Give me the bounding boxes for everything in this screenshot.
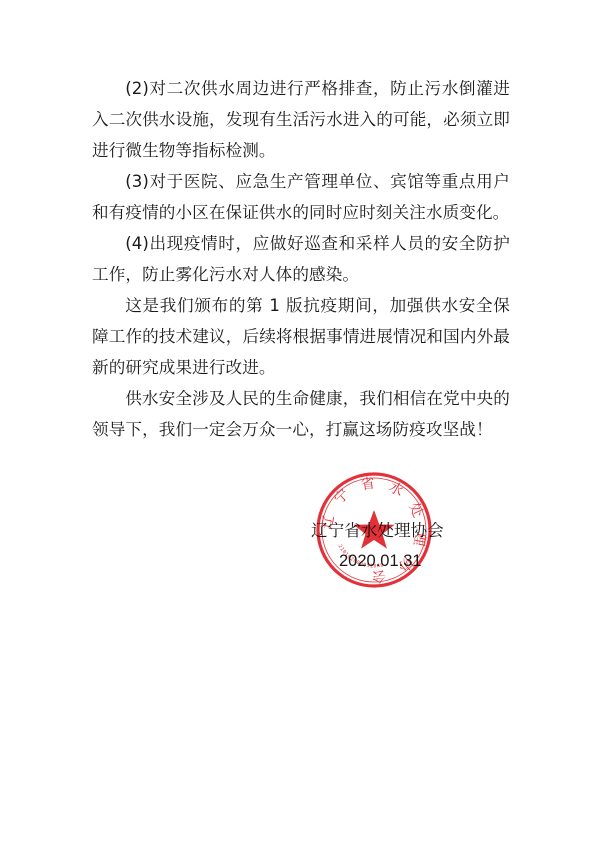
paragraph-item-2: (2)对二次供水周边进行严格排查，防止污水倒灌进入二次供水设施，发现有生活污水进… bbox=[92, 73, 510, 166]
document-page: (2)对二次供水周边进行严格排查，防止污水倒灌进入二次供水设施，发现有生活污水进… bbox=[0, 0, 600, 848]
paragraph-closing: 供水安全涉及人民的生命健康，我们相信在党中央的领导下，我们一定会万众一心，打赢这… bbox=[92, 383, 510, 445]
paragraph-item-4: (4)出现疫情时，应做好巡查和采样人员的安全防护工作，防止雾化污水对人体的感染。 bbox=[92, 228, 510, 290]
paragraph-version-note: 这是我们颁布的第 1 版抗疫期间，加强供水安全保障工作的技术建议，后续将根据事情… bbox=[92, 290, 510, 383]
official-seal: 辽宁省水处理协会 2101020000520A0 bbox=[314, 470, 434, 590]
star-icon bbox=[354, 510, 395, 549]
paragraph-item-3: (3)对于医院、应急生产管理单位、宾馆等重点用户和有疫情的小区在保证供水的同时应… bbox=[92, 166, 510, 228]
seal-serial-number: 2101020000520A0 bbox=[336, 544, 384, 570]
document-body: (2)对二次供水周边进行严格排查，防止污水倒灌进入二次供水设施，发现有生活污水进… bbox=[92, 73, 510, 445]
